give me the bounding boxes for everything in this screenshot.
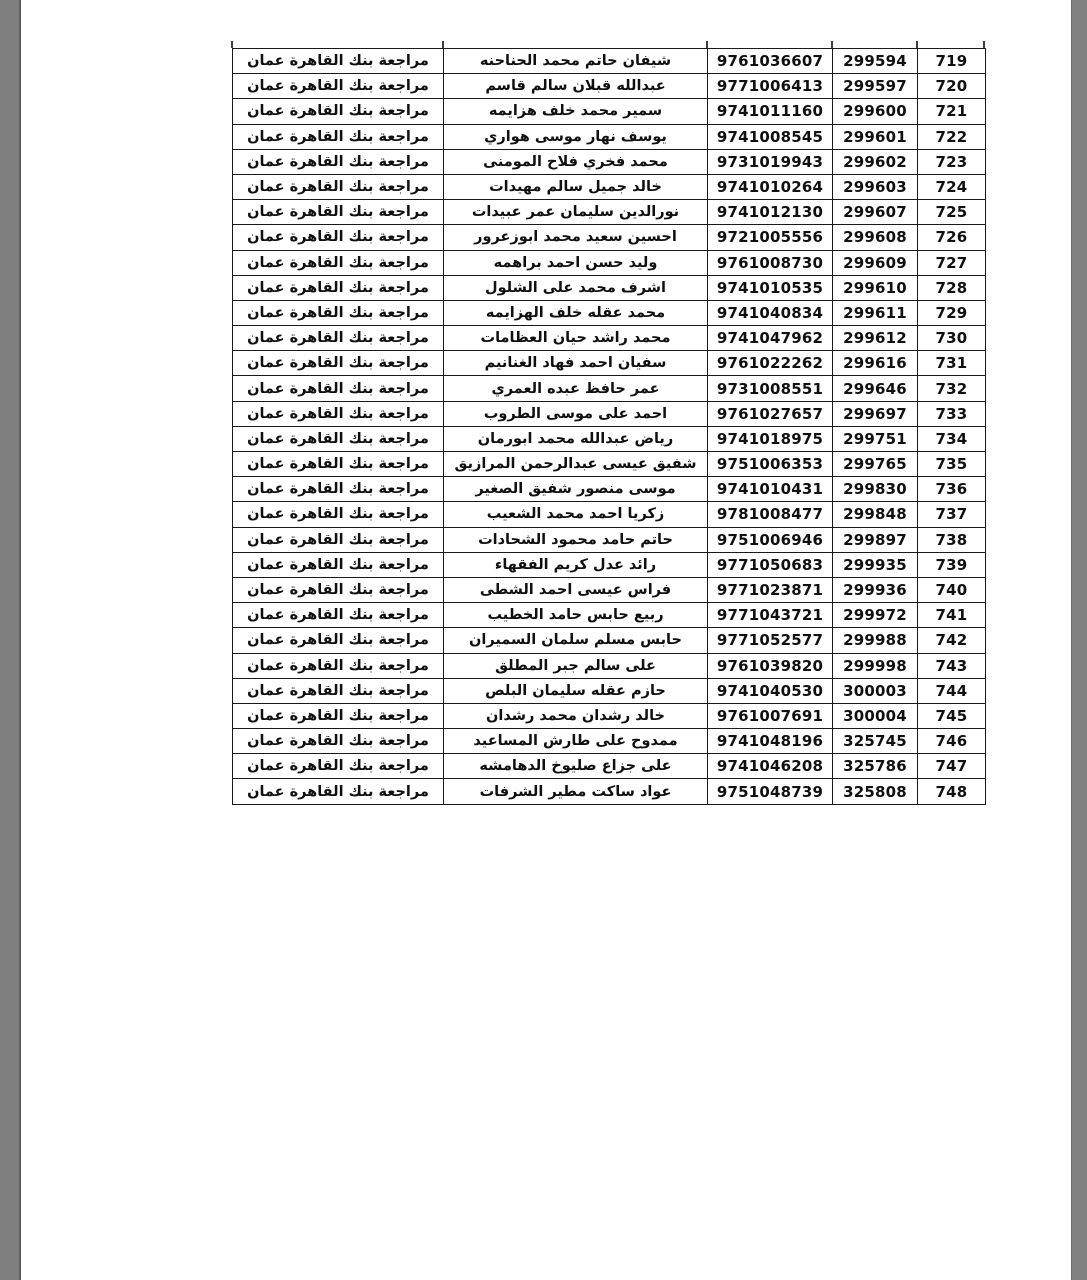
name-cell: محمد عقله خلف الهزايمه [444,300,708,325]
name-cell: رياض عبدالله محمد ابورمان [444,426,708,451]
table-row: 734 299751 9741018975 رياض عبدالله محمد … [233,426,986,451]
code-cell: 299988 [833,628,918,653]
national-id-cell: 9741040834 [708,300,833,325]
right-gutter [1071,0,1087,1280]
national-id-cell: 9741047962 [708,326,833,351]
table-row: 727 299609 9761008730 وليد حسن احمد براه… [233,250,986,275]
serial-cell: 719 [918,49,986,74]
name-cell: شيفان حاتم محمد الحناحنه [444,49,708,74]
serial-cell: 724 [918,174,986,199]
note-cell: مراجعة بنك القاهرة عمان [233,401,444,426]
records-table: 719 299594 9761036607 شيفان حاتم محمد ال… [232,48,986,805]
table-row: 737 299848 9781008477 زكريا احمد محمد ال… [233,502,986,527]
clipped-row-border [231,41,233,48]
name-cell: سفيان احمد فهاد الغنانيم [444,351,708,376]
note-cell: مراجعة بنك القاهرة عمان [233,552,444,577]
note-cell: مراجعة بنك القاهرة عمان [233,426,444,451]
national-id-cell: 9741011160 [708,99,833,124]
table-row: 731 299616 9761022262 سفيان احمد فهاد ال… [233,351,986,376]
national-id-cell: 9731008551 [708,376,833,401]
note-cell: مراجعة بنك القاهرة عمان [233,477,444,502]
serial-cell: 746 [918,729,986,754]
serial-cell: 726 [918,225,986,250]
name-cell: خالد جميل سالم مهيدات [444,174,708,199]
note-cell: مراجعة بنك القاهرة عمان [233,99,444,124]
serial-cell: 748 [918,779,986,804]
table-row: 722 299601 9741008545 يوسف نهار موسى هوا… [233,124,986,149]
code-cell: 299765 [833,452,918,477]
table-row: 748 325808 9751048739 عواد ساكت مطير الش… [233,779,986,804]
table-row: 719 299594 9761036607 شيفان حاتم محمد ال… [233,49,986,74]
table-row: 739 299935 9771050683 رائد عدل كريم الفق… [233,552,986,577]
table-row: 742 299988 9771052577 حابس مسلم سلمان ال… [233,628,986,653]
note-cell: مراجعة بنك القاهرة عمان [233,225,444,250]
serial-cell: 729 [918,300,986,325]
serial-cell: 743 [918,653,986,678]
national-id-cell: 9741012130 [708,200,833,225]
note-cell: مراجعة بنك القاهرة عمان [233,577,444,602]
note-cell: مراجعة بنك القاهرة عمان [233,376,444,401]
national-id-cell: 9771052577 [708,628,833,653]
serial-cell: 733 [918,401,986,426]
code-cell: 299608 [833,225,918,250]
serial-cell: 741 [918,603,986,628]
national-id-cell: 9741046208 [708,754,833,779]
table-row: 744 300003 9741040530 حازم عقله سليمان ا… [233,678,986,703]
note-cell: مراجعة بنك القاهرة عمان [233,275,444,300]
records-tbody: 719 299594 9761036607 شيفان حاتم محمد ال… [233,49,986,805]
table-row: 740 299936 9771023871 فراس عيسى احمد الش… [233,577,986,602]
national-id-cell: 9761036607 [708,49,833,74]
serial-cell: 723 [918,149,986,174]
name-cell: عمر حافظ عبده العمري [444,376,708,401]
note-cell: مراجعة بنك القاهرة عمان [233,200,444,225]
serial-cell: 732 [918,376,986,401]
name-cell: على سالم جبر المطلق [444,653,708,678]
serial-cell: 736 [918,477,986,502]
clipped-row-border [706,41,708,48]
name-cell: نورالدين سليمان عمر عبيدات [444,200,708,225]
code-cell: 299697 [833,401,918,426]
serial-cell: 742 [918,628,986,653]
national-id-cell: 9781008477 [708,502,833,527]
table-row: 726 299608 9721005556 احسين سعيد محمد اب… [233,225,986,250]
serial-cell: 735 [918,452,986,477]
code-cell: 299897 [833,527,918,552]
note-cell: مراجعة بنك القاهرة عمان [233,49,444,74]
table-row: 721 299600 9741011160 سمير محمد خلف هزاي… [233,99,986,124]
note-cell: مراجعة بنك القاهرة عمان [233,452,444,477]
code-cell: 300003 [833,678,918,703]
serial-cell: 737 [918,502,986,527]
name-cell: عواد ساكت مطير الشرفات [444,779,708,804]
serial-cell: 730 [918,326,986,351]
code-cell: 299600 [833,99,918,124]
serial-cell: 720 [918,74,986,99]
name-cell: ربيع حابس حامد الخطيب [444,603,708,628]
name-cell: عبدالله قبلان سالم قاسم [444,74,708,99]
national-id-cell: 9761008730 [708,250,833,275]
serial-cell: 721 [918,99,986,124]
code-cell: 325745 [833,729,918,754]
national-id-cell: 9741010535 [708,275,833,300]
note-cell: مراجعة بنك القاهرة عمان [233,124,444,149]
national-id-cell: 9771050683 [708,552,833,577]
code-cell: 299597 [833,74,918,99]
name-cell: فراس عيسى احمد الشطى [444,577,708,602]
name-cell: حابس مسلم سلمان السميران [444,628,708,653]
name-cell: اشرف محمد على الشلول [444,275,708,300]
name-cell: يوسف نهار موسى هواري [444,124,708,149]
national-id-cell: 9741018975 [708,426,833,451]
serial-cell: 739 [918,552,986,577]
table-row: 747 325786 9741046208 على جزاع صليوخ الد… [233,754,986,779]
serial-cell: 745 [918,703,986,728]
serial-cell: 728 [918,275,986,300]
national-id-cell: 9741010431 [708,477,833,502]
national-id-cell: 9751048739 [708,779,833,804]
national-id-cell: 9761022262 [708,351,833,376]
note-cell: مراجعة بنك القاهرة عمان [233,300,444,325]
clipped-row-border [442,41,444,48]
code-cell: 299830 [833,477,918,502]
note-cell: مراجعة بنك القاهرة عمان [233,74,444,99]
table-row: 738 299897 9751006946 حاتم حامد محمود ال… [233,527,986,552]
code-cell: 299594 [833,49,918,74]
table-row: 730 299612 9741047962 محمد راشد حيان الع… [233,326,986,351]
note-cell: مراجعة بنك القاهرة عمان [233,779,444,804]
table-row: 733 299697 9761027657 احمد على موسى الطر… [233,401,986,426]
national-id-cell: 9761027657 [708,401,833,426]
note-cell: مراجعة بنك القاهرة عمان [233,351,444,376]
code-cell: 299972 [833,603,918,628]
national-id-cell: 9741008545 [708,124,833,149]
name-cell: خالد رشدان محمد رشدان [444,703,708,728]
table-row: 724 299603 9741010264 خالد جميل سالم مهي… [233,174,986,199]
table-row: 728 299610 9741010535 اشرف محمد على الشل… [233,275,986,300]
name-cell: سمير محمد خلف هزايمه [444,99,708,124]
serial-cell: 725 [918,200,986,225]
serial-cell: 727 [918,250,986,275]
code-cell: 299751 [833,426,918,451]
table-row: 720 299597 9771006413 عبدالله قبلان سالم… [233,74,986,99]
name-cell: زكريا احمد محمد الشعيب [444,502,708,527]
national-id-cell: 9771023871 [708,577,833,602]
serial-cell: 738 [918,527,986,552]
name-cell: موسى منصور شفيق الصغير [444,477,708,502]
note-cell: مراجعة بنك القاهرة عمان [233,174,444,199]
note-cell: مراجعة بنك القاهرة عمان [233,502,444,527]
note-cell: مراجعة بنك القاهرة عمان [233,603,444,628]
name-cell: شفيق عيسى عبدالرحمن المرازيق [444,452,708,477]
national-id-cell: 9741048196 [708,729,833,754]
table-row: 746 325745 9741048196 ممدوح على طارش الم… [233,729,986,754]
table-row: 745 300004 9761007691 خالد رشدان محمد رش… [233,703,986,728]
note-cell: مراجعة بنك القاهرة عمان [233,527,444,552]
note-cell: مراجعة بنك القاهرة عمان [233,326,444,351]
name-cell: وليد حسن احمد براهمه [444,250,708,275]
code-cell: 299936 [833,577,918,602]
code-cell: 299602 [833,149,918,174]
table-row: 735 299765 9751006353 شفيق عيسى عبدالرحم… [233,452,986,477]
name-cell: احسين سعيد محمد ابوزعرور [444,225,708,250]
national-id-cell: 9761039820 [708,653,833,678]
clipped-row-border [983,41,985,48]
document-viewport: { "page": { "background_color": "#ffffff… [0,0,1087,1280]
name-cell: على جزاع صليوخ الدهامشه [444,754,708,779]
national-id-cell: 9771043721 [708,603,833,628]
note-cell: مراجعة بنك القاهرة عمان [233,653,444,678]
national-id-cell: 9741040530 [708,678,833,703]
note-cell: مراجعة بنك القاهرة عمان [233,703,444,728]
serial-cell: 731 [918,351,986,376]
table-row: 725 299607 9741012130 نورالدين سليمان عم… [233,200,986,225]
note-cell: مراجعة بنك القاهرة عمان [233,678,444,703]
code-cell: 299646 [833,376,918,401]
serial-cell: 740 [918,577,986,602]
code-cell: 299601 [833,124,918,149]
code-cell: 325786 [833,754,918,779]
national-id-cell: 9761007691 [708,703,833,728]
code-cell: 299609 [833,250,918,275]
table-row: 736 299830 9741010431 موسى منصور شفيق ال… [233,477,986,502]
note-cell: مراجعة بنك القاهرة عمان [233,754,444,779]
code-cell: 299998 [833,653,918,678]
serial-cell: 722 [918,124,986,149]
national-id-cell: 9731019943 [708,149,833,174]
national-id-cell: 9741010264 [708,174,833,199]
table-row: 743 299998 9761039820 على سالم جبر المطل… [233,653,986,678]
note-cell: مراجعة بنك القاهرة عمان [233,250,444,275]
code-cell: 299603 [833,174,918,199]
table-row: 723 299602 9731019943 محمد فخري فلاح الم… [233,149,986,174]
serial-cell: 734 [918,426,986,451]
national-id-cell: 9721005556 [708,225,833,250]
name-cell: ممدوح على طارش المساعيد [444,729,708,754]
note-cell: مراجعة بنك القاهرة عمان [233,628,444,653]
code-cell: 299616 [833,351,918,376]
name-cell: محمد فخري فلاح المومنى [444,149,708,174]
name-cell: حازم عقله سليمان البلص [444,678,708,703]
name-cell: رائد عدل كريم الفقهاء [444,552,708,577]
national-id-cell: 9751006946 [708,527,833,552]
name-cell: حاتم حامد محمود الشحادات [444,527,708,552]
serial-cell: 744 [918,678,986,703]
table-row: 732 299646 9731008551 عمر حافظ عبده العم… [233,376,986,401]
code-cell: 299612 [833,326,918,351]
code-cell: 299935 [833,552,918,577]
code-cell: 325808 [833,779,918,804]
clipped-row-border [916,41,918,48]
note-cell: مراجعة بنك القاهرة عمان [233,149,444,174]
left-gutter [0,0,21,1280]
clipped-row-border [831,41,833,48]
note-cell: مراجعة بنك القاهرة عمان [233,729,444,754]
code-cell: 299607 [833,200,918,225]
name-cell: احمد على موسى الطروب [444,401,708,426]
code-cell: 300004 [833,703,918,728]
national-id-cell: 9751006353 [708,452,833,477]
code-cell: 299611 [833,300,918,325]
code-cell: 299610 [833,275,918,300]
table-row: 729 299611 9741040834 محمد عقله خلف الهز… [233,300,986,325]
code-cell: 299848 [833,502,918,527]
name-cell: محمد راشد حيان العظامات [444,326,708,351]
serial-cell: 747 [918,754,986,779]
national-id-cell: 9771006413 [708,74,833,99]
table-row: 741 299972 9771043721 ربيع حابس حامد الخ… [233,603,986,628]
